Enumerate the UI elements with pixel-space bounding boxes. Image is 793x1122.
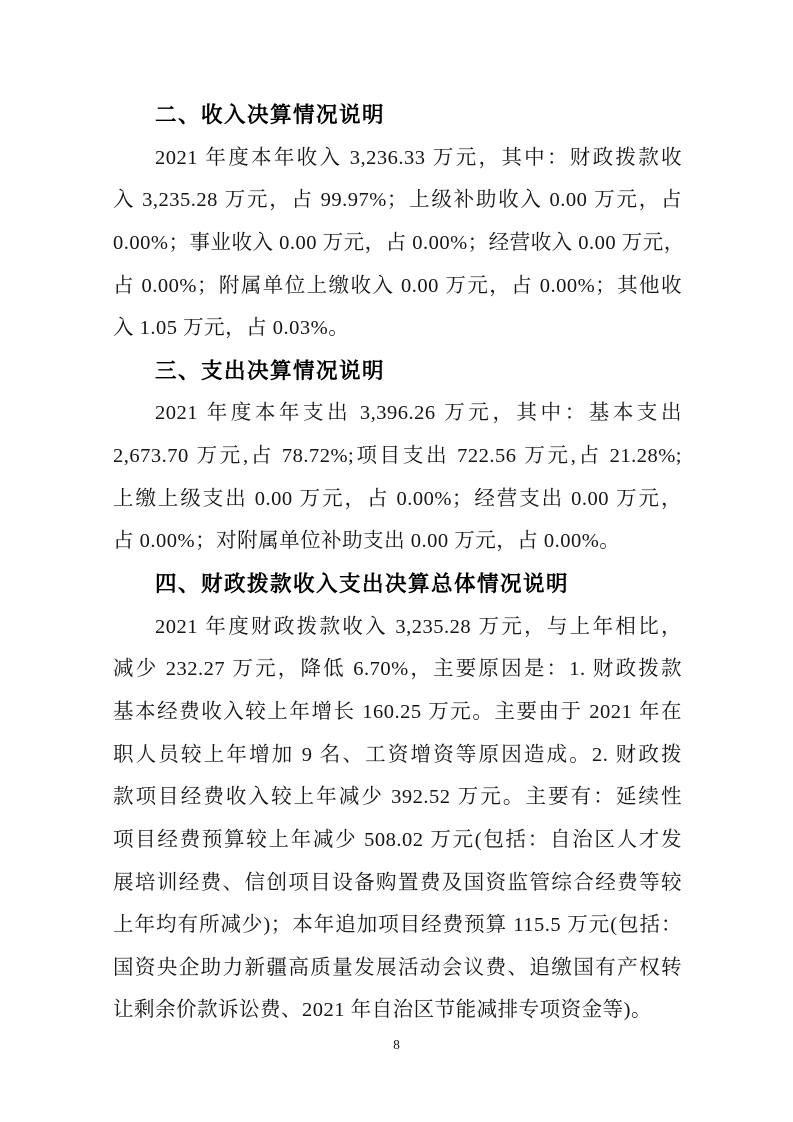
text-line: 基本经费收入较上年增长 160.25 万元。主要由于 2021 年在 [113, 691, 682, 734]
text-line: 让剩余价款诉讼费、2021 年自治区节能减排专项资金等)。 [113, 989, 682, 1032]
section-heading-fiscal-appropriation: 四、财政拨款收入支出决算总体情况说明 [113, 563, 682, 606]
text-line: 2021 年度本年收入 3,236.33 万元，其中：财政拨款收 [113, 137, 682, 180]
text-line: 0.00%；事业收入 0.00 万元，占 0.00%；经营收入 0.00 万元， [113, 222, 682, 265]
text-line: 减少 232.27 万元，降低 6.70%，主要原因是：1. 财政拨款 [113, 648, 682, 691]
page-number: 8 [393, 1037, 400, 1052]
text-line: 上年均有所减少)；本年追加项目经费预算 115.5 万元(包括： [113, 904, 682, 947]
text-line: 项目经费预算较上年减少 508.02 万元(包括：自治区人才发 [113, 819, 682, 862]
document-page: 二、收入决算情况说明 2021 年度本年收入 3,236.33 万元，其中：财政… [0, 0, 793, 1122]
text-line: 2021 年度本年支出 3,396.26 万元，其中：基本支出 [113, 392, 682, 435]
text-line: 上缴上级支出 0.00 万元，占 0.00%；经营支出 0.00 万元， [113, 478, 682, 521]
text-line: 2,673.70 万元,占 78.72%;项目支出 722.56 万元,占 21… [113, 435, 682, 478]
section-heading-income: 二、收入决算情况说明 [113, 94, 682, 137]
text-line: 国资央企助力新疆高质量发展活动会议费、追缴国有产权转 [113, 947, 682, 990]
text-line: 占 0.00%；对附属单位补助支出 0.00 万元，占 0.00%。 [113, 520, 682, 563]
page-footer: 8 [0, 1036, 793, 1054]
text-line: 入 3,235.28 万元，占 99.97%；上级补助收入 0.00 万元，占 [113, 179, 682, 222]
text-line: 入 1.05 万元，占 0.03%。 [113, 307, 682, 350]
text-line: 占 0.00%；附属单位上缴收入 0.00 万元，占 0.00%；其他收 [113, 265, 682, 308]
section-heading-expenditure: 三、支出决算情况说明 [113, 350, 682, 393]
text-line: 款项目经费收入较上年减少 392.52 万元。主要有：延续性 [113, 776, 682, 819]
text-line: 职人员较上年增加 9 名、工资增资等原因造成。2. 财政拨 [113, 734, 682, 777]
document-body: 二、收入决算情况说明 2021 年度本年收入 3,236.33 万元，其中：财政… [113, 94, 682, 1032]
text-line: 2021 年度财政拨款收入 3,235.28 万元，与上年相比， [113, 606, 682, 649]
text-line: 展培训经费、信创项目设备购置费及国资监管综合经费等较 [113, 862, 682, 905]
